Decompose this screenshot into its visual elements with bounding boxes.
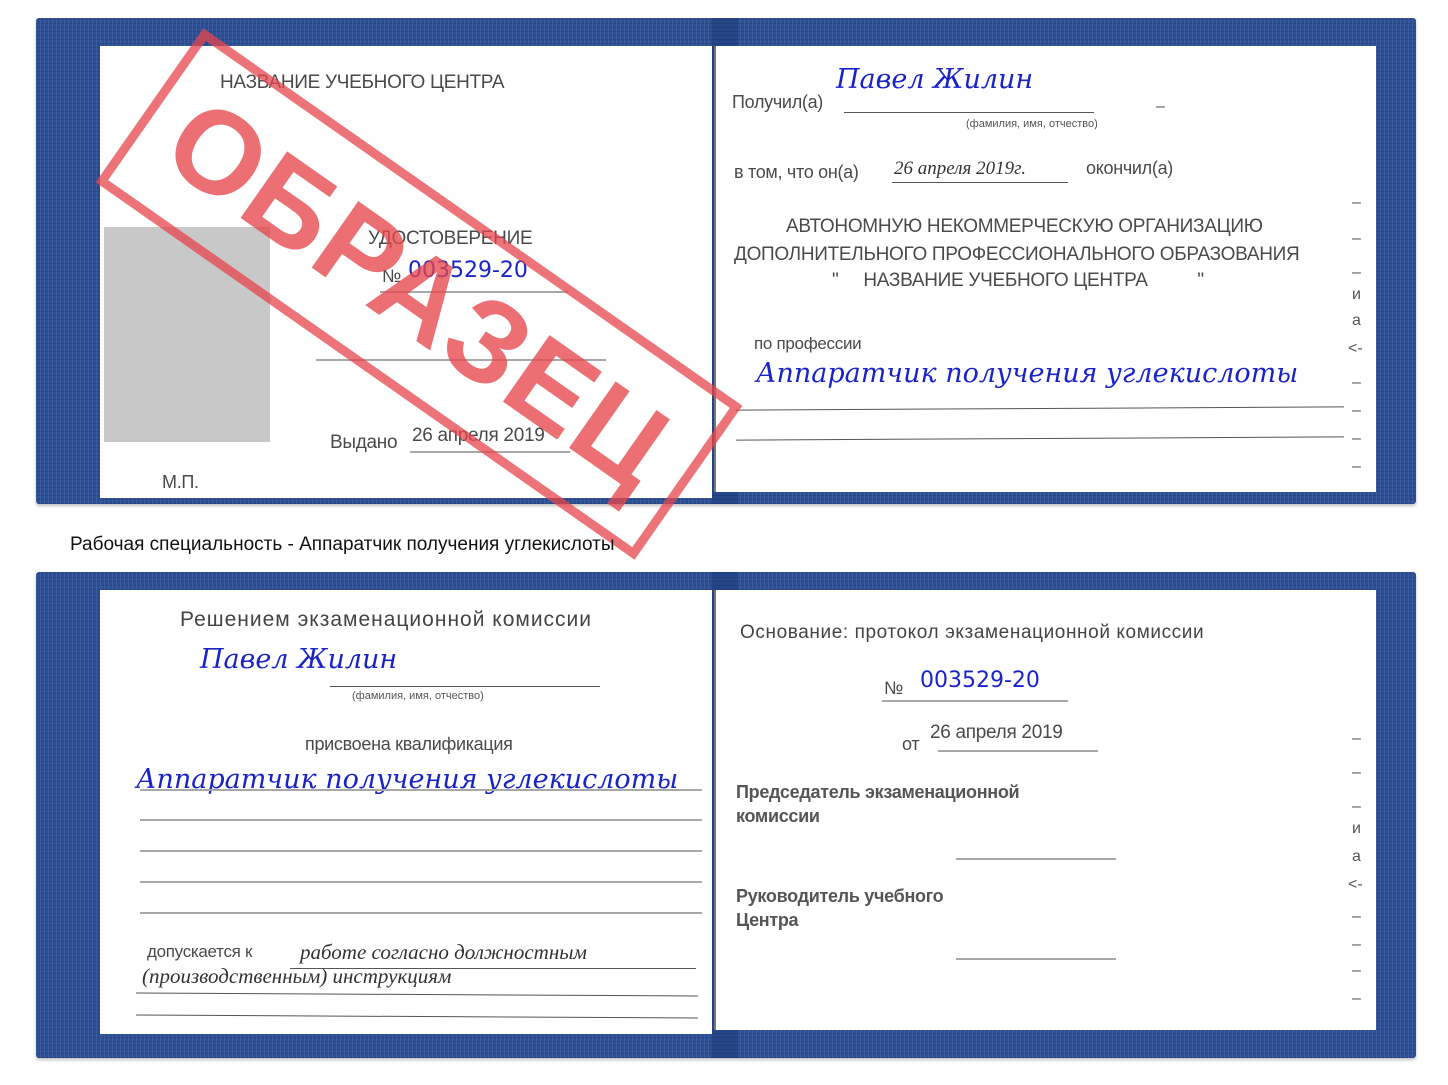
edge-mark: –: [1352, 764, 1361, 782]
admitted-line-2: (производственным) инструкциям: [142, 964, 451, 989]
protocol-date-prefix: от: [902, 734, 919, 755]
edge-mark: –: [1352, 374, 1361, 392]
chairman-signature-line: [956, 858, 1116, 860]
completion-underline: [892, 182, 1068, 183]
decision-heading: Решением экзаменационной комиссии: [180, 608, 592, 632]
edge-mark: –: [1352, 458, 1361, 476]
edge-mark: –: [1352, 798, 1361, 816]
seal-label: М.П.: [162, 472, 199, 493]
edge-mark: <-: [1348, 340, 1363, 358]
page-front-right: Получил(а) Павел Жилин – (фамилия, имя, …: [714, 46, 1376, 492]
basis-heading: Основание: протокол экзаменационной коми…: [740, 622, 1204, 644]
head-signature-line: [956, 958, 1116, 960]
number-underline: [380, 291, 568, 293]
name-hint: (фамилия, имя, отчество): [966, 118, 1098, 130]
admitted-underline-3: [136, 1015, 698, 1019]
issued-label: Выдано: [330, 432, 397, 454]
edge-mark: <-: [1348, 876, 1363, 894]
profession-value: Аппаратчик получения углекислоты: [756, 358, 1298, 389]
org-name: НАЗВАНИЕ УЧЕБНОГО ЦЕНТРА: [220, 72, 504, 94]
graduate-name: Павел Жилин: [200, 644, 397, 675]
admitted-underline-2: [136, 993, 698, 997]
edge-mark: –: [1352, 990, 1361, 1008]
edge-mark: –: [1352, 936, 1361, 954]
head-label-1: Руководитель учебного: [736, 886, 943, 907]
qualification-underline-2: [140, 819, 702, 821]
issued-date: 26 апреля 2019: [412, 425, 545, 447]
org-line-3: " НАЗВАНИЕ УЧЕБНОГО ЦЕНТРА ": [832, 270, 1204, 292]
edge-mark: –: [1352, 730, 1361, 748]
certificate-number: 003529-20: [408, 258, 528, 283]
certificate-cover-bottom: Решением экзаменационной комиссии Павел …: [36, 572, 1416, 1058]
edge-mark: –: [1352, 430, 1361, 448]
qualification-underline-1: [140, 789, 702, 791]
qualification-underline-5: [140, 912, 702, 914]
issued-underline: [410, 451, 570, 453]
dash-mark: –: [1156, 98, 1165, 116]
qualification-label: присвоена квалификация: [305, 734, 513, 755]
edge-mark: –: [1352, 402, 1361, 420]
edge-mark: –: [1352, 908, 1361, 926]
admitted-line-1: работе согласно должностным: [300, 940, 587, 965]
admitted-label: допускается к: [147, 942, 252, 962]
head-label-2: Центра: [736, 910, 798, 931]
qualification-underline-4: [140, 881, 702, 883]
doc-title: УДОСТОВЕРЕНИЕ: [368, 228, 532, 250]
page-inner-right: Основание: протокол экзаменационной коми…: [714, 590, 1376, 1030]
name-underline: [330, 686, 600, 687]
edge-mark: –: [1352, 194, 1361, 212]
finished-label: окончил(а): [1086, 158, 1173, 179]
profession-label: по профессии: [754, 334, 861, 354]
chairman-label-1: Председатель экзаменационной: [736, 782, 1019, 803]
profession-underline-2: [736, 436, 1344, 440]
edge-mark: а: [1352, 312, 1361, 330]
photo-placeholder: [104, 227, 270, 442]
org-line-2: ДОПОЛНИТЕЛЬНОГО ПРОФЕССИОНАЛЬНОГО ОБРАЗО…: [734, 244, 1299, 266]
protocol-number: 003529-20: [920, 668, 1040, 693]
qualification-underline-3: [140, 850, 702, 852]
recipient-name: Павел Жилин: [836, 64, 1033, 95]
completion-date: 26 апреля 2019г.: [894, 158, 1026, 180]
edge-mark: –: [1352, 230, 1361, 248]
org-line-1: АВТОНОМНУЮ НЕКОММЕРЧЕСКУЮ ОРГАНИЗАЦИЮ: [786, 216, 1263, 238]
protocol-date-underline: [938, 750, 1098, 752]
chairman-label-2: комиссии: [736, 806, 820, 827]
protocol-date: 26 апреля 2019: [930, 722, 1063, 744]
specialty-caption: Рабочая специальность - Аппаратчик получ…: [70, 534, 615, 556]
protocol-number-prefix: №: [884, 678, 903, 699]
name-underline: [844, 112, 1094, 113]
received-label: Получил(а): [732, 92, 823, 113]
name-hint: (фамилия, имя, отчество): [352, 690, 484, 702]
profession-underline-1: [736, 406, 1344, 410]
page-front-left: НАЗВАНИЕ УЧЕБНОГО ЦЕНТРА УДОСТОВЕРЕНИЕ №…: [100, 46, 712, 498]
edge-mark: а: [1352, 848, 1361, 866]
in-that-label: в том, что он(а): [734, 162, 859, 183]
edge-mark: –: [1352, 962, 1361, 980]
number-prefix: №: [382, 266, 401, 287]
protocol-number-underline: [882, 700, 1068, 702]
edge-mark: –: [1352, 264, 1361, 282]
page-inner-left: Решением экзаменационной комиссии Павел …: [100, 590, 712, 1034]
blank-line: [316, 359, 606, 361]
certificate-cover-top: НАЗВАНИЕ УЧЕБНОГО ЦЕНТРА УДОСТОВЕРЕНИЕ №…: [36, 18, 1416, 504]
edge-mark: и: [1352, 820, 1361, 838]
edge-mark: и: [1352, 286, 1361, 304]
